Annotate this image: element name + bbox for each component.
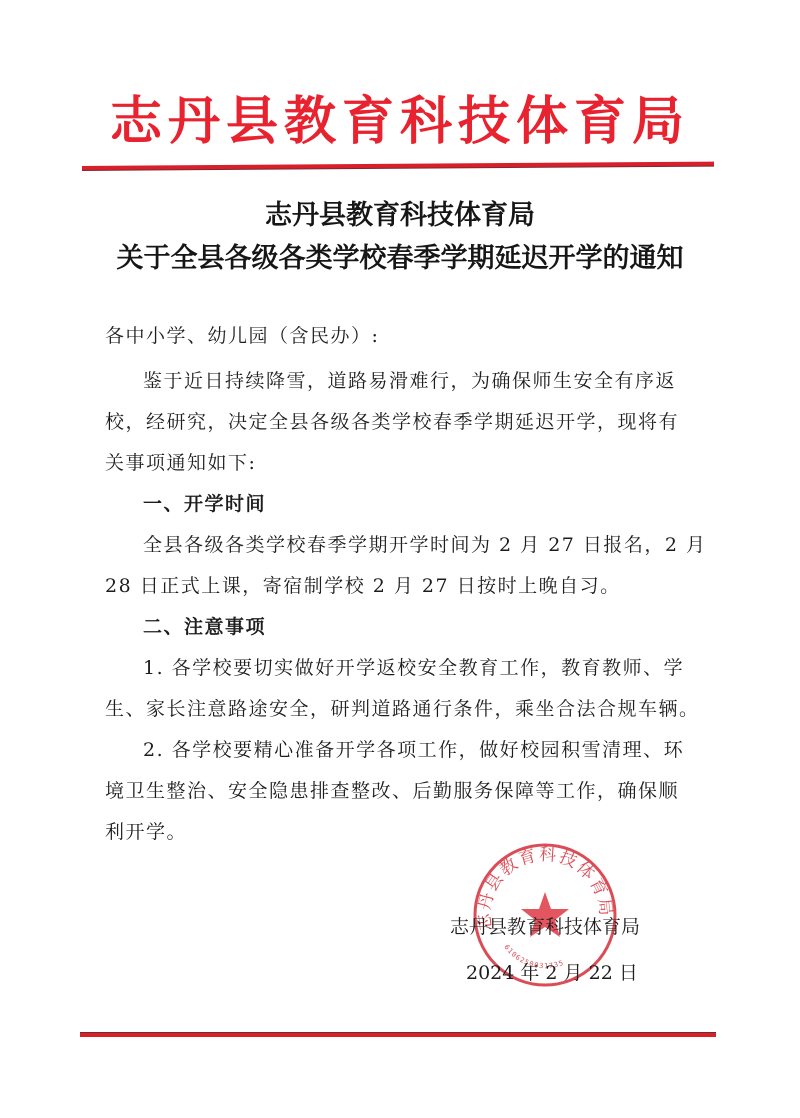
- section-heading-notes: 二、注意事项: [143, 617, 266, 637]
- salutation: 各中小学、幼儿园（含民办）:: [105, 326, 379, 346]
- intro-line: 关事项通知如下:: [105, 453, 256, 473]
- intro-line: 校，经研究，决定全县各级各类学校春季学期延迟开学，现将有: [105, 412, 679, 432]
- intro-line: 鉴于近日持续降雪，道路易滑难行，为确保师生安全有序返: [143, 371, 676, 391]
- signature-issuer: 志丹县教育科技体育局: [450, 912, 640, 939]
- section1-line: 全县各级各类学校春季学期开学时间为 2 月 27 日报名，2 月: [143, 535, 707, 555]
- section2-item2-line: 利开学。: [105, 822, 187, 842]
- document-title-line2: 关于全县各级各类学校春季学期延迟开学的通知: [0, 242, 800, 276]
- section1-line: 28 日正式上课，寄宿制学校 2 月 27 日按时上晚自习。: [105, 576, 621, 596]
- footer-red-rule: [80, 1033, 716, 1037]
- section2-item2-line: 2. 各学校要精心准备开学各项工作，做好校园积雪清理、环: [143, 740, 684, 760]
- section-heading-opening-time: 一、开学时间: [143, 494, 266, 514]
- section2-item1-line: 1. 各学校要切实做好开学返校安全教育工作，教育教师、学: [143, 658, 684, 678]
- letterhead-red-rule: [82, 162, 714, 170]
- section2-item1-line: 生、家长注意路途安全，研判道路通行条件，乘坐合法合规车辆。: [105, 699, 700, 719]
- document-title-line1: 志丹县教育科技体育局: [0, 199, 800, 233]
- issue-date: 2024 年 2 月 22 日: [466, 958, 638, 985]
- section2-item2-line: 境卫生整治、安全隐患排查整改、后勤服务保障等工作，确保顺: [105, 781, 679, 801]
- letterhead-masthead: 志丹县教育科技体育局: [0, 92, 800, 152]
